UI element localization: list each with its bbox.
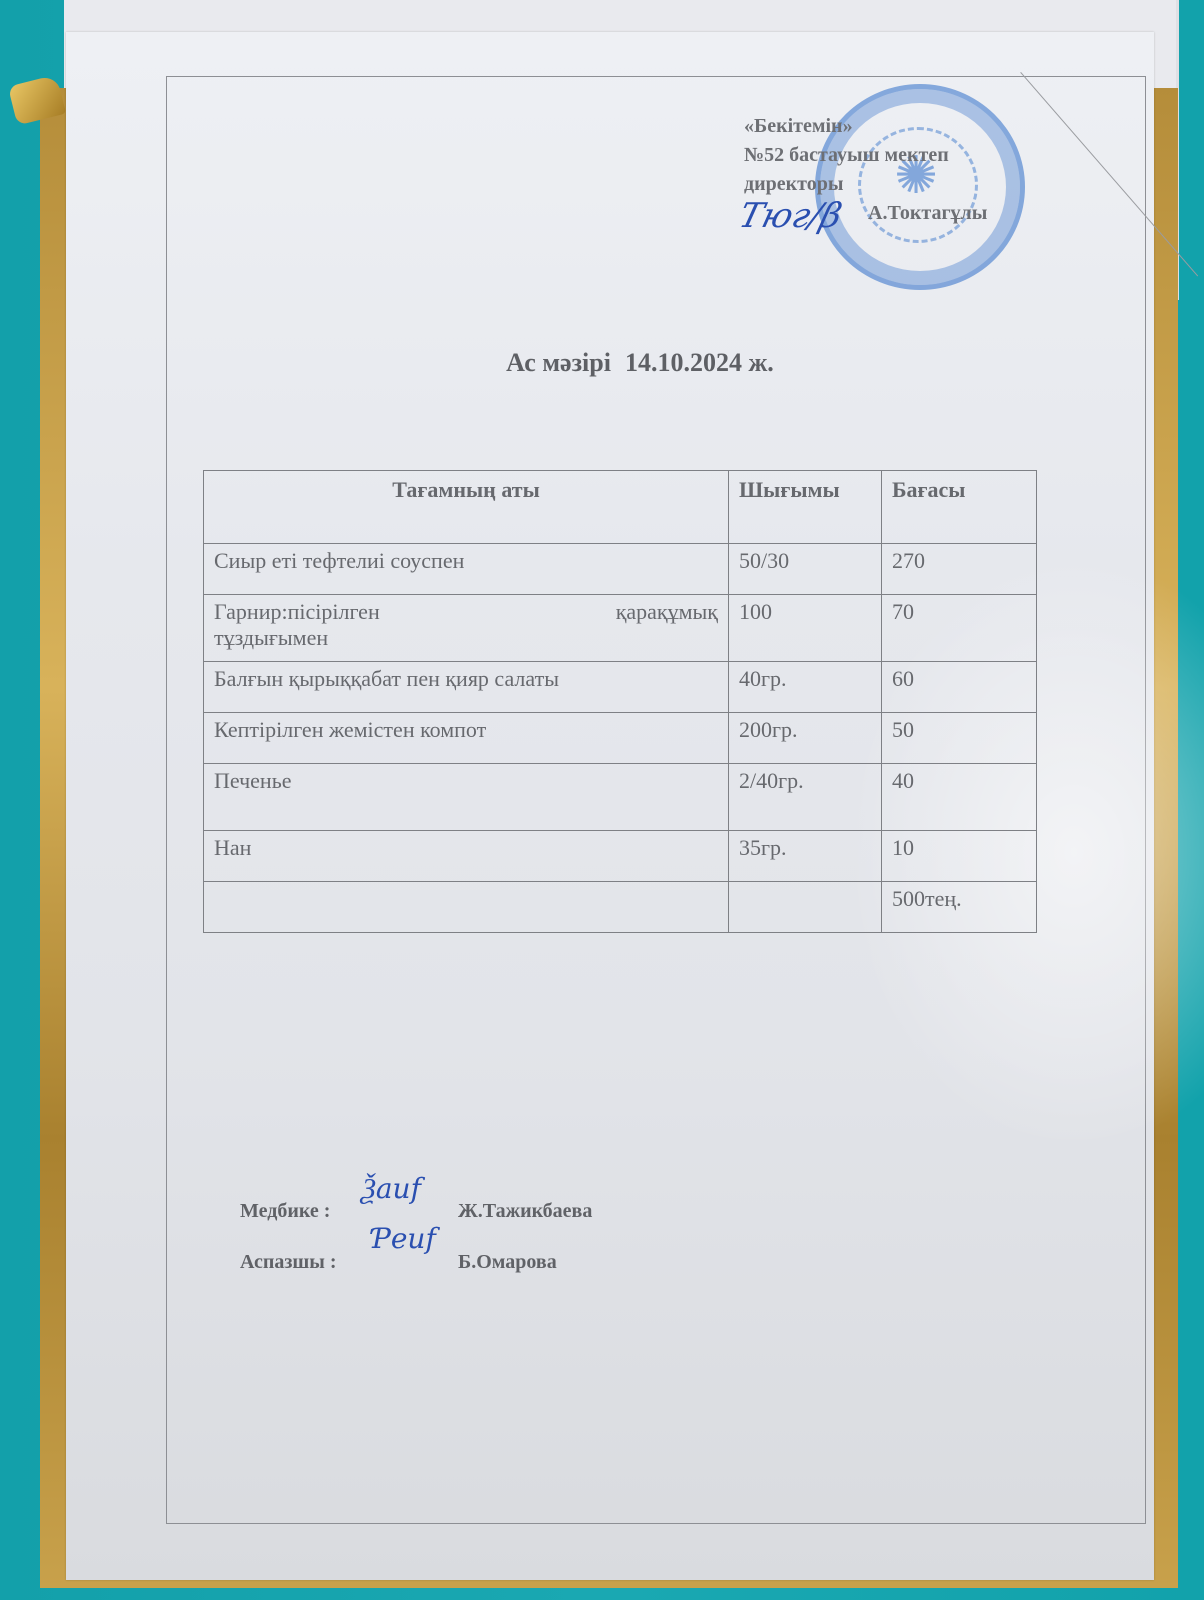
dish-price: 50 [882,713,1037,764]
dish-name: Кептірілген жемістен компот [204,713,729,764]
table-total-row: 500тең. [204,882,1037,933]
table-row: Гарнир:пісірілгенқарақұмық тұздығымен 10… [204,595,1037,662]
dish-price: 270 [882,544,1037,595]
total-empty-yield [729,882,882,933]
nurse-handwritten-signature: Ѯаиf [362,1172,421,1206]
table-row: Сиыр еті тефтелиі соуспен 50/30 270 [204,544,1037,595]
nurse-name: Ж.Тажикбаева [458,1186,592,1237]
dish-name: Гарнир:пісірілгенқарақұмық тұздығымен [204,595,729,662]
dish-name: Сиыр еті тефтелиі соуспен [204,544,729,595]
total-empty-name [204,882,729,933]
approval-line-2: №52 бастауыш мектеп [744,141,1054,170]
approval-line-1: «Бекітемін» [744,112,1054,141]
dish-price: 60 [882,662,1037,713]
page-title: Ас мәзірі14.10.2024 ж. [440,348,840,378]
nurse-label: Медбике : [240,1186,370,1237]
header-dish-name: Тағамның аты [204,471,729,544]
dish-yield: 35гр. [729,831,882,882]
dish-yield: 50/30 [729,544,882,595]
table-row: Нан 35гр. 10 [204,831,1037,882]
approval-line-3: директоры [744,170,1054,199]
title-date: 14.10.2024 ж. [625,348,774,377]
table-row: Кептірілген жемістен компот 200гр. 50 [204,713,1037,764]
dish-name-part1: Гарнир:пісірілген [214,599,380,625]
dish-name: Балғын қырыққабат пен қияр салаты [204,662,729,713]
dish-name-part2: қарақұмық [616,599,718,625]
dish-yield: 200гр. [729,713,882,764]
header-price: Бағасы [882,471,1037,544]
cook-handwritten-signature: Ƥеиf [372,1222,436,1255]
total-price: 500тең. [882,882,1037,933]
dish-name: Печенье [204,764,729,831]
dish-yield: 100 [729,595,882,662]
table-row: Печенье 2/40гр. 40 [204,764,1037,831]
dish-yield: 2/40гр. [729,764,882,831]
title-text: Ас мәзірі [506,348,611,377]
menu-table: Тағамның аты Шығымы Бағасы Сиыр еті тефт… [203,470,1037,933]
dish-price: 10 [882,831,1037,882]
dish-yield: 40гр. [729,662,882,713]
dish-price: 40 [882,764,1037,831]
header-yield: Шығымы [729,471,882,544]
director-signature: Тюг/β [735,196,846,236]
dish-name: Нан [204,831,729,882]
cook-name: Б.Омарова [458,1237,557,1288]
table-header-row: Тағамның аты Шығымы Бағасы [204,471,1037,544]
dish-name-line2: тұздығымен [214,625,718,651]
table-row: Балғын қырыққабат пен қияр салаты 40гр. … [204,662,1037,713]
dish-price: 70 [882,595,1037,662]
cook-label: Аспазшы : [240,1237,370,1288]
